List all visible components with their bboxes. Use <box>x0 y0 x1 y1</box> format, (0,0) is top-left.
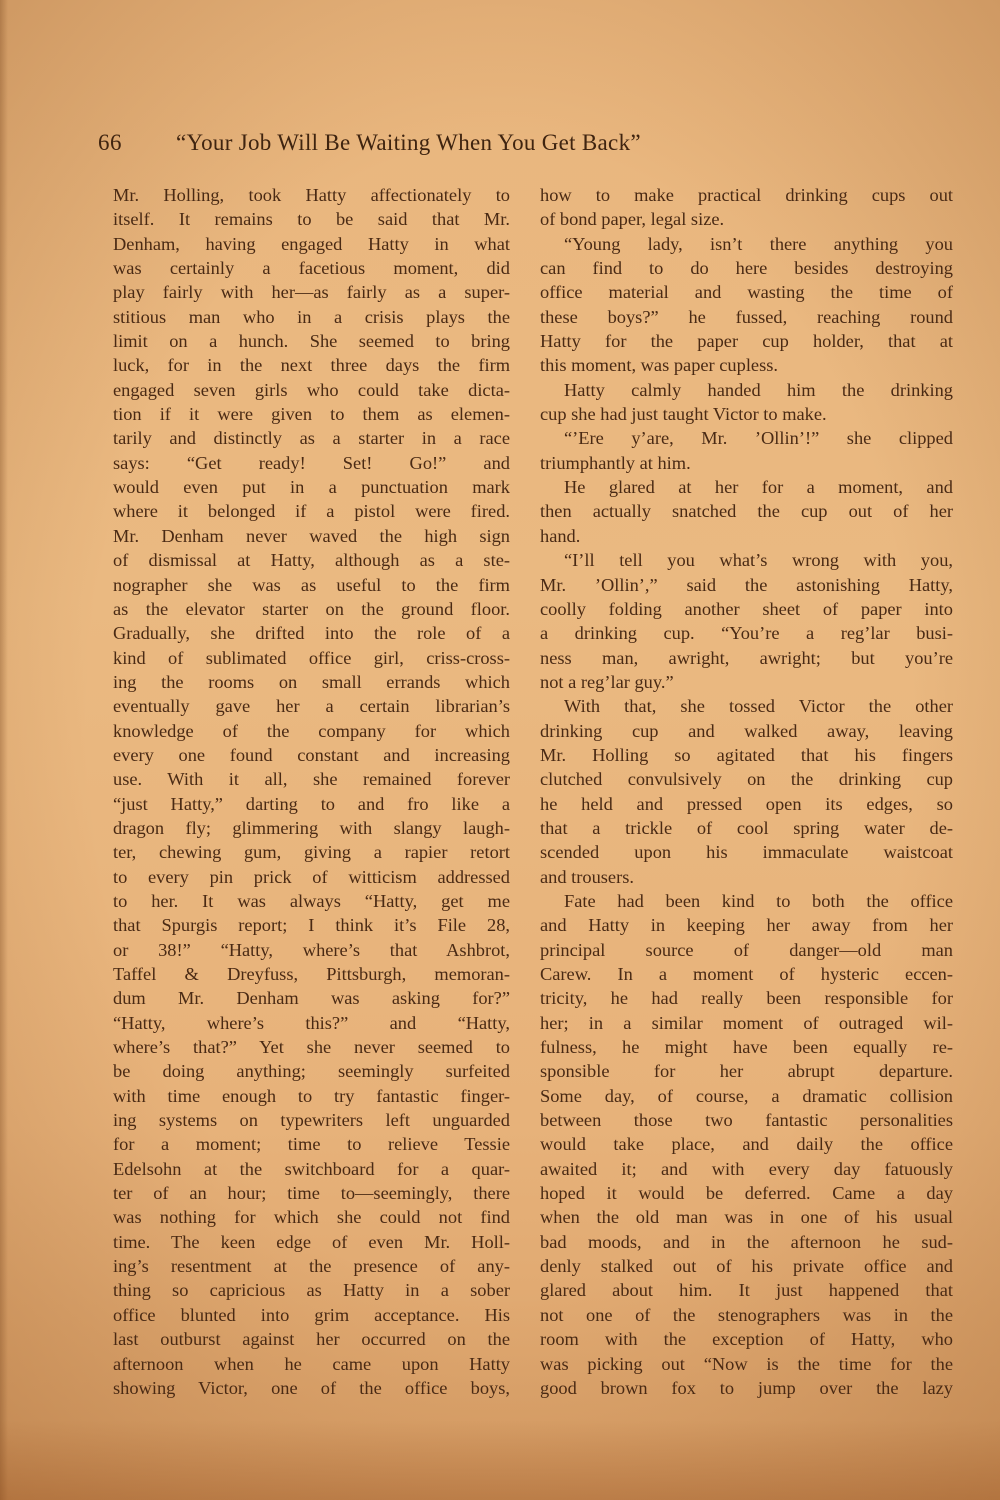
text-line: for a moment; time to relieve Tessie <box>113 1132 510 1156</box>
text-line: of bond paper, legal size. <box>540 207 953 231</box>
text-line: denly stalked out of his private office … <box>540 1254 953 1278</box>
text-line: he held and pressed open its edges, so <box>540 792 953 816</box>
text-line: cup she had just taught Victor to make. <box>540 402 953 426</box>
text-line: use. With it all, she remained forever <box>113 767 510 791</box>
text-line: afternoon when he came upon Hatty <box>113 1352 510 1376</box>
text-line: Carew. In a moment of hysteric eccen- <box>540 962 953 986</box>
text-line: “just Hatty,” darting to and fro like a <box>113 792 510 816</box>
left-column: Mr. Holling, took Hatty affectionately t… <box>113 183 510 1400</box>
text-line: fulness, he might have been equally re- <box>540 1035 953 1059</box>
text-line: “Young lady, isn’t there anything you <box>540 232 953 256</box>
text-line: clutched convulsively on the drinking cu… <box>540 767 953 791</box>
text-line: eventually gave her a certain librarian’… <box>113 694 510 718</box>
text-line: With that, she tossed Victor the other <box>540 694 953 718</box>
text-line: Edelsohn at the switchboard for a quar- <box>113 1157 510 1181</box>
text-line: sponsible for her abrupt departure. <box>540 1059 953 1083</box>
text-line: Mr. Denham never waved the high sign <box>113 524 510 548</box>
text-line: “I’ll tell you what’s wrong with you, <box>540 548 953 572</box>
text-line: when the old man was in one of his usual <box>540 1205 953 1229</box>
text-line: Mr. Holling, took Hatty affectionately t… <box>113 183 510 207</box>
text-line: Mr. ’Ollin’,” said the astonishing Hatty… <box>540 573 953 597</box>
text-line: knowledge of the company for which <box>113 719 510 743</box>
text-line: or 38!” “Hatty, where’s that Ashbrot, <box>113 938 510 962</box>
text-line: showing Victor, one of the office boys, <box>113 1376 510 1400</box>
text-line: where it belonged if a pistol were fired… <box>113 499 510 523</box>
text-line: tarily and distinctly as a starter in a … <box>113 426 510 450</box>
text-line: play fairly with her—as fairly as a supe… <box>113 280 510 304</box>
text-line: good brown fox to jump over the lazy <box>540 1376 953 1400</box>
text-line: was nothing for which she could not find <box>113 1205 510 1229</box>
text-line: ing’s resentment at the presence of any- <box>113 1254 510 1278</box>
text-line: office material and wasting the time of <box>540 280 953 304</box>
text-line: this moment, was paper cupless. <box>540 353 953 377</box>
text-line: would even put in a punctuation mark <box>113 475 510 499</box>
text-line: Taffel & Dreyfuss, Pittsburgh, memoran- <box>113 962 510 986</box>
text-line: Mr. Holling so agitated that his fingers <box>540 743 953 767</box>
text-line: kind of sublimated office girl, criss-cr… <box>113 646 510 670</box>
text-line: that a trickle of cool spring water de- <box>540 816 953 840</box>
text-line: Some day, of course, a dramatic collisio… <box>540 1084 953 1108</box>
text-line: to her. It was always “Hatty, get me <box>113 889 510 913</box>
text-line: room with the exception of Hatty, who <box>540 1327 953 1351</box>
page-edge-shadow <box>0 1420 1000 1500</box>
right-column: how to make practical drinking cups outo… <box>540 183 953 1400</box>
page-spine-shadow <box>0 0 8 1500</box>
text-line: He glared at her for a moment, and <box>540 475 953 499</box>
text-line: to every pin prick of witticism addresse… <box>113 865 510 889</box>
text-line: dragon fly; glimmering with slangy laugh… <box>113 816 510 840</box>
text-line: every one found constant and increasing <box>113 743 510 767</box>
text-line: was picking out “Now is the time for the <box>540 1352 953 1376</box>
text-line: limit on a hunch. She seemed to bring <box>113 329 510 353</box>
text-line: and Hatty in keeping her away from her <box>540 913 953 937</box>
text-line: principal source of danger—old man <box>540 938 953 962</box>
running-title: “Your Job Will Be Waiting When You Get B… <box>176 130 641 156</box>
text-line: scended upon his immaculate waistcoat <box>540 840 953 864</box>
book-page: 66 “Your Job Will Be Waiting When You Ge… <box>0 0 1000 1500</box>
text-line: dum Mr. Denham was asking for?” <box>113 986 510 1010</box>
text-line: itself. It remains to be said that Mr. <box>113 207 510 231</box>
text-line: bad moods, and in the afternoon he sud- <box>540 1230 953 1254</box>
text-line: drinking cup and walked away, leaving <box>540 719 953 743</box>
text-line: ing the rooms on small errands which <box>113 670 510 694</box>
text-line: office blunted into grim acceptance. His <box>113 1303 510 1327</box>
text-line: thing so capricious as Hatty in a sober <box>113 1278 510 1302</box>
text-line: was certainly a facetious moment, did <box>113 256 510 280</box>
running-header: 66 “Your Job Will Be Waiting When You Ge… <box>98 130 858 160</box>
text-line: luck, for in the next three days the fir… <box>113 353 510 377</box>
text-line: not a reg’lar guy.” <box>540 670 953 694</box>
text-line: and trousers. <box>540 865 953 889</box>
text-line: “’Ere y’are, Mr. ’Ollin’!” she clipped <box>540 426 953 450</box>
text-line: Denham, having engaged Hatty in what <box>113 232 510 256</box>
text-line: be doing anything; seemingly surfeited <box>113 1059 510 1083</box>
text-line: last outburst against her occurred on th… <box>113 1327 510 1351</box>
text-line: Hatty calmly handed him the drinking <box>540 378 953 402</box>
text-line: says: “Get ready! Set! Go!” and <box>113 451 510 475</box>
text-line: stitious man who in a crisis plays the <box>113 305 510 329</box>
text-line: her; in a similar moment of outraged wil… <box>540 1011 953 1035</box>
text-line: as the elevator starter on the ground fl… <box>113 597 510 621</box>
text-line: hoped it would be deferred. Came a day <box>540 1181 953 1205</box>
text-line: of dismissal at Hatty, although as a ste… <box>113 548 510 572</box>
text-line: Hatty for the paper cup holder, that at <box>540 329 953 353</box>
text-line: hand. <box>540 524 953 548</box>
text-line: how to make practical drinking cups out <box>540 183 953 207</box>
text-line: where’s that?” Yet she never seemed to <box>113 1035 510 1059</box>
text-line: time. The keen edge of even Mr. Holl- <box>113 1230 510 1254</box>
text-line: that Spurgis report; I think it’s File 2… <box>113 913 510 937</box>
text-line: engaged seven girls who could take dicta… <box>113 378 510 402</box>
text-line: then actually snatched the cup out of he… <box>540 499 953 523</box>
text-line: would take place, and daily the office <box>540 1132 953 1156</box>
text-line: glared about him. It just happened that <box>540 1278 953 1302</box>
text-line: ing systems on typewriters left unguarde… <box>113 1108 510 1132</box>
text-line: Gradually, she drifted into the role of … <box>113 621 510 645</box>
text-line: ter, chewing gum, giving a rapier retort <box>113 840 510 864</box>
text-line: Fate had been kind to both the office <box>540 889 953 913</box>
text-line: “Hatty, where’s this?” and “Hatty, <box>113 1011 510 1035</box>
text-line: between those two fantastic personalitie… <box>540 1108 953 1132</box>
text-line: coolly folding another sheet of paper in… <box>540 597 953 621</box>
text-line: these boys?” he fussed, reaching round <box>540 305 953 329</box>
page-number: 66 <box>98 130 122 156</box>
text-line: a drinking cup. “You’re a reg’lar busi- <box>540 621 953 645</box>
text-line: ness man, awright, awright; but you’re <box>540 646 953 670</box>
text-line: ter of an hour; time to—seemingly, there <box>113 1181 510 1205</box>
text-line: can find to do here besides destroying <box>540 256 953 280</box>
text-line: with time enough to try fantastic finger… <box>113 1084 510 1108</box>
text-line: triumphantly at him. <box>540 451 953 475</box>
text-line: nographer she was as useful to the firm <box>113 573 510 597</box>
text-line: tion if it were given to them as elemen- <box>113 402 510 426</box>
text-line: not one of the stenographers was in the <box>540 1303 953 1327</box>
text-line: awaited it; and with every day fatuously <box>540 1157 953 1181</box>
text-line: tricity, he had really been responsible … <box>540 986 953 1010</box>
